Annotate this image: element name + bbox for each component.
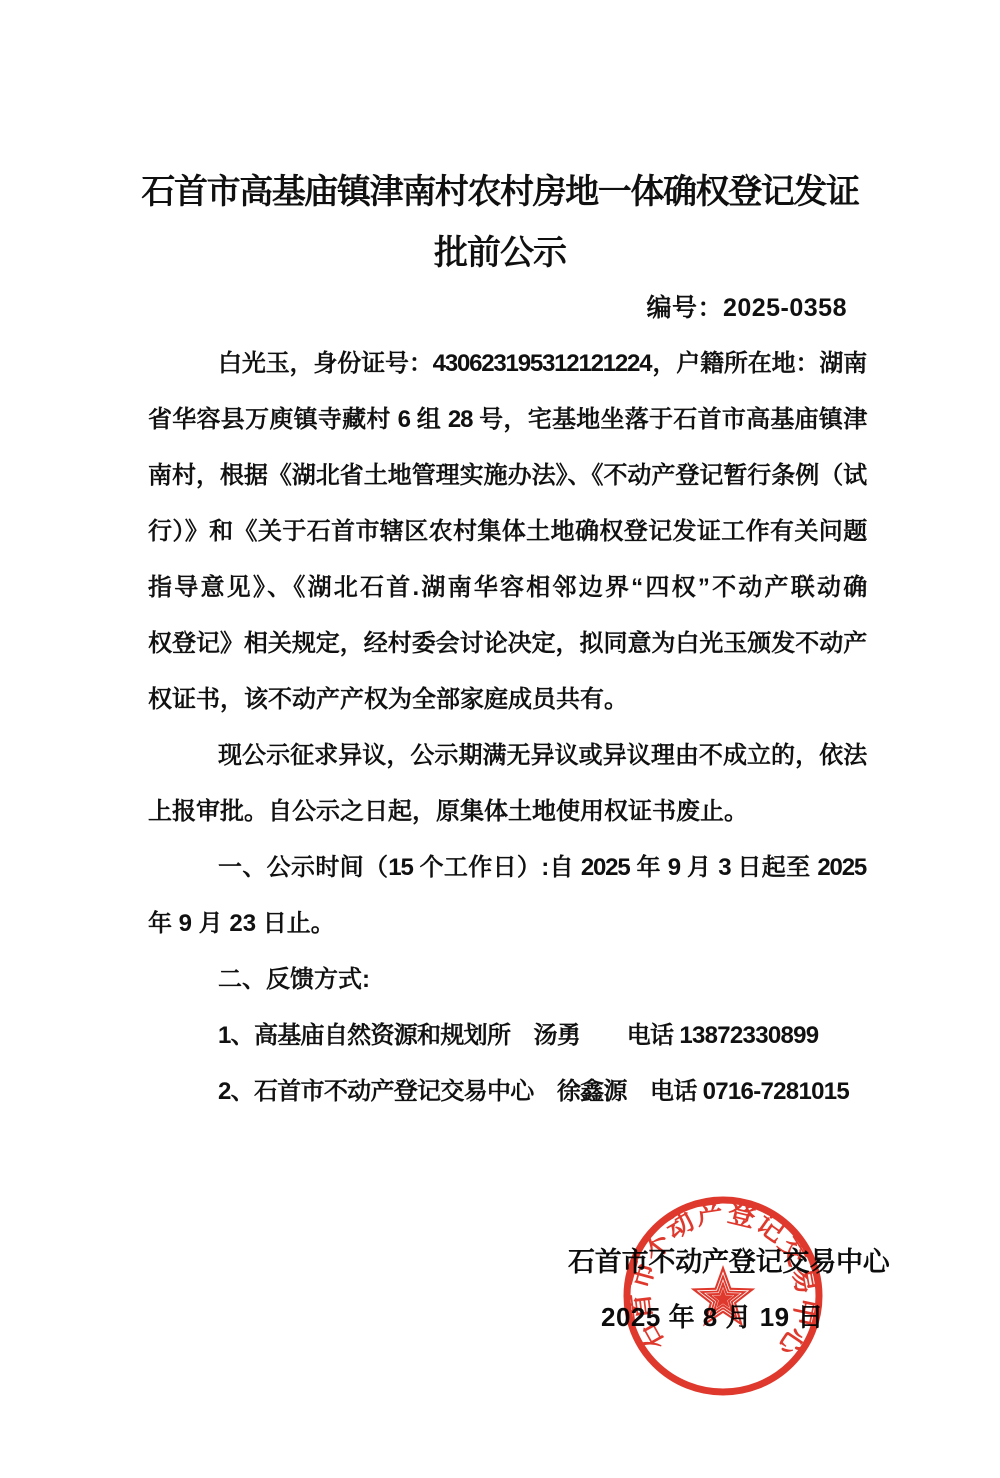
body-line: 行）》和《关于石首市辖区农村集体土地确权登记发证工作有关问题 [148,504,866,560]
contact-line-1: 1、高基庙自然资源和规划所 汤勇 电话 13872330899 [148,1008,866,1064]
official-seal: 石首市不动产登记交易中心 [618,1191,828,1401]
body-line: 年 9 月 23 日止。 [148,896,866,952]
document-number: 编号：2025-0358 [646,288,847,324]
notice-page: 石首市高基庙镇津南村农村房地一体确权登记发证 批前公示 编号：2025-0358… [0,0,1000,1478]
body-line: 指导意见》、《湖北石首.湖南华容相邻边界“四权”不动产联动确 [148,560,866,616]
body-line: 权登记》相关规定，经村委会讨论决定，拟同意为白光玉颁发不动产 [148,616,866,672]
notice-body: 白光玉，身份证号：430623195312121224，户籍所在地：湖南 省华容… [148,336,866,1120]
title-line-2: 批前公示 [0,233,1000,273]
contact-line-2: 2、石首市不动产登记交易中心 徐鑫源 电话 0716-7281015 [148,1064,866,1120]
body-line: 权证书，该不动产产权为全部家庭成员共有。 [148,672,866,728]
title-line-1: 石首市高基庙镇津南村农村房地一体确权登记发证 [0,172,1000,212]
body-line: 省华容县万庾镇寺藏村 6 组 28 号，宅基地坐落于石首市高基庙镇津 [148,392,866,448]
body-line: 一、公示时间（15 个工作日）:自 2025 年 9 月 3 日起至 2025 [148,840,866,896]
star-icon [691,1265,756,1327]
body-line: 上报审批。自公示之日起，原集体土地使用权证书废止。 [148,784,866,840]
body-line: 南村，根据《湖北省土地管理实施办法》、《不动产登记暂行条例（试 [148,448,866,504]
body-line: 现公示征求异议，公示期满无异议或异议理由不成立的，依法 [148,728,866,784]
body-line: 二、反馈方式: [148,952,866,1008]
page-title: 石首市高基庙镇津南村农村房地一体确权登记发证 批前公示 [0,172,1000,273]
body-line: 白光玉，身份证号：430623195312121224，户籍所在地：湖南 [148,336,866,392]
